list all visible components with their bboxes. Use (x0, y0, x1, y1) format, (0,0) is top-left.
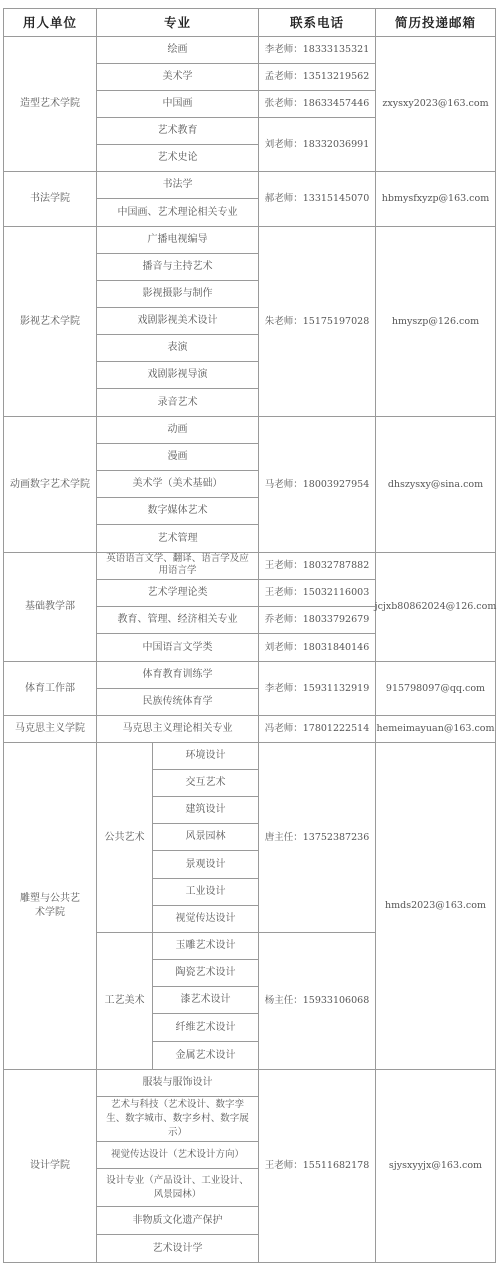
email-address: hbmysfxyzp@163.com (376, 172, 495, 226)
contact-phone: 冯老师：17801222514 (259, 716, 375, 742)
contact-phone: 杨主任：15933106068 (259, 933, 375, 1069)
major-cell: 艺术史论 (97, 145, 258, 171)
contact-phone: 王老师：15511682178 (259, 1070, 375, 1262)
major-cell: 漫画 (97, 444, 258, 470)
major-cell: 玉雕艺术设计 (153, 933, 258, 959)
major-cell: 戏剧影视美术设计 (97, 308, 258, 334)
major-cell: 艺术学理论类 (97, 580, 258, 606)
major-cell: 体育教育训练学 (97, 662, 258, 688)
contact-phone: 李老师：15931132919 (259, 662, 375, 715)
major-cell: 美术学（美术基础） (97, 471, 258, 497)
major-cell: 艺术设计学 (97, 1235, 258, 1262)
contact-phone: 刘老师：18031840146 (259, 634, 375, 661)
contact-phone: 郝老师：13315145070 (259, 172, 375, 226)
major-cell: 工业设计 (153, 879, 258, 905)
major-cell: 艺术与科技（艺术设计、数字孪生、数字城市、数字乡村、数字展示） (97, 1097, 258, 1141)
major-cell: 非物质文化遗产保护 (97, 1207, 258, 1234)
major-cell: 艺术管理 (97, 525, 258, 552)
major-cell: 中国画 (97, 91, 258, 117)
contact-phone: 王老师：15032116003 (259, 580, 375, 606)
major-cell: 景观设计 (153, 851, 258, 878)
contact-phone: 唐主任：13752387236 (259, 743, 375, 932)
major-cell: 艺术教育 (97, 118, 258, 144)
major-cell: 表演 (97, 335, 258, 361)
major-cell: 中国语言文学类 (97, 634, 258, 661)
header-email: 简历投递邮箱 (376, 9, 495, 36)
major-cell: 建筑设计 (153, 797, 258, 823)
unit-name: 书法学院 (4, 172, 96, 226)
table-border-bottom (3, 1262, 496, 1263)
subgroup-name: 公共艺术 (97, 743, 152, 932)
major-cell: 教育、管理、经济相关专业 (97, 607, 258, 633)
major-cell: 设计专业（产品设计、工业设计、风景园林） (97, 1169, 258, 1206)
major-cell: 书法学 (97, 172, 258, 198)
major-cell: 纤维艺术设计 (153, 1014, 258, 1041)
unit-name: 动画数字艺术学院 (4, 417, 96, 552)
unit-name: 雕塑与公共艺术学院 (4, 743, 96, 1069)
email-address: 915798097@qq.com (376, 662, 495, 715)
unit-name: 基础教学部 (4, 553, 96, 661)
header-phone: 联系电话 (259, 9, 375, 36)
contact-phone: 朱老师：15175197028 (259, 227, 375, 416)
major-cell: 影视摄影与制作 (97, 281, 258, 307)
major-cell: 民族传统体育学 (97, 689, 258, 715)
email-address: hmyszp@126.com (376, 227, 495, 416)
major-cell: 马克思主义理论相关专业 (97, 716, 258, 742)
major-cell: 美术学 (97, 64, 258, 90)
email-address: zxysxy2023@163.com (376, 37, 495, 171)
major-cell: 播音与主持艺术 (97, 254, 258, 280)
major-cell: 视觉传达设计 (153, 906, 258, 932)
unit-name: 造型艺术学院 (4, 37, 96, 171)
email-address: hmds2023@163.com (376, 743, 495, 1069)
major-cell: 环境设计 (153, 743, 258, 769)
major-cell: 英语语言文学、翻译、语言学及应用语言学 (97, 553, 258, 579)
contact-phone: 王老师：18032787882 (259, 553, 375, 579)
major-cell: 视觉传达设计（艺术设计方向） (97, 1142, 258, 1168)
major-cell: 动画 (97, 417, 258, 443)
major-cell: 中国画、艺术理论相关专业 (97, 199, 258, 226)
email-address: jcjxb80862024@126.com (376, 553, 495, 661)
major-cell: 服装与服饰设计 (97, 1070, 258, 1096)
major-cell: 录音艺术 (97, 389, 258, 416)
major-cell: 绘画 (97, 37, 258, 63)
major-cell: 风景园林 (153, 824, 258, 850)
contact-phone: 孟老师：13513219562 (259, 64, 375, 90)
email-address: hemeimayuan@163.com (376, 716, 495, 742)
subgroup-name: 工艺美术 (97, 933, 152, 1069)
contact-phone: 张老师：18633457446 (259, 91, 375, 117)
major-cell: 金属艺术设计 (153, 1042, 258, 1069)
major-cell: 漆艺术设计 (153, 987, 258, 1013)
unit-name: 影视艺术学院 (4, 227, 96, 416)
major-cell: 广播电视编导 (97, 227, 258, 253)
email-address: sjysxyyjx@163.com (376, 1070, 495, 1262)
table-border-right (495, 8, 496, 1263)
email-address: dhszysxy@sina.com (376, 417, 495, 552)
unit-name: 设计学院 (4, 1070, 96, 1262)
contact-phone: 李老师：18333135321 (259, 37, 375, 63)
contact-phone: 刘老师：18332036991 (259, 118, 375, 171)
unit-name: 体育工作部 (4, 662, 96, 715)
major-cell: 陶瓷艺术设计 (153, 960, 258, 986)
contact-phone: 乔老师：18033792679 (259, 607, 375, 633)
contact-phone: 马老师：18003927954 (259, 417, 375, 552)
major-cell: 交互艺术 (153, 770, 258, 796)
header-major: 专业 (97, 9, 258, 36)
major-cell: 数字媒体艺术 (97, 498, 258, 524)
header-unit: 用人单位 (4, 9, 96, 36)
unit-name: 马克思主义学院 (4, 716, 96, 742)
major-cell: 戏剧影视导演 (97, 362, 258, 388)
